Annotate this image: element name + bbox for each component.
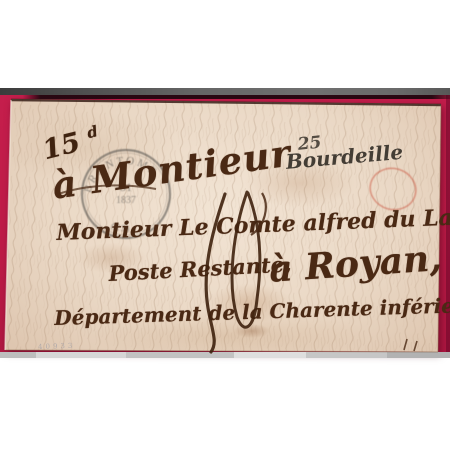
address-town: à Royan, — [268, 240, 443, 288]
auction-photo-page: { "palette": { "background": "#ffffff", … — [0, 0, 450, 450]
photo-bottom-edge — [0, 352, 450, 358]
pencil-inventory-number: 40933 — [38, 343, 76, 351]
